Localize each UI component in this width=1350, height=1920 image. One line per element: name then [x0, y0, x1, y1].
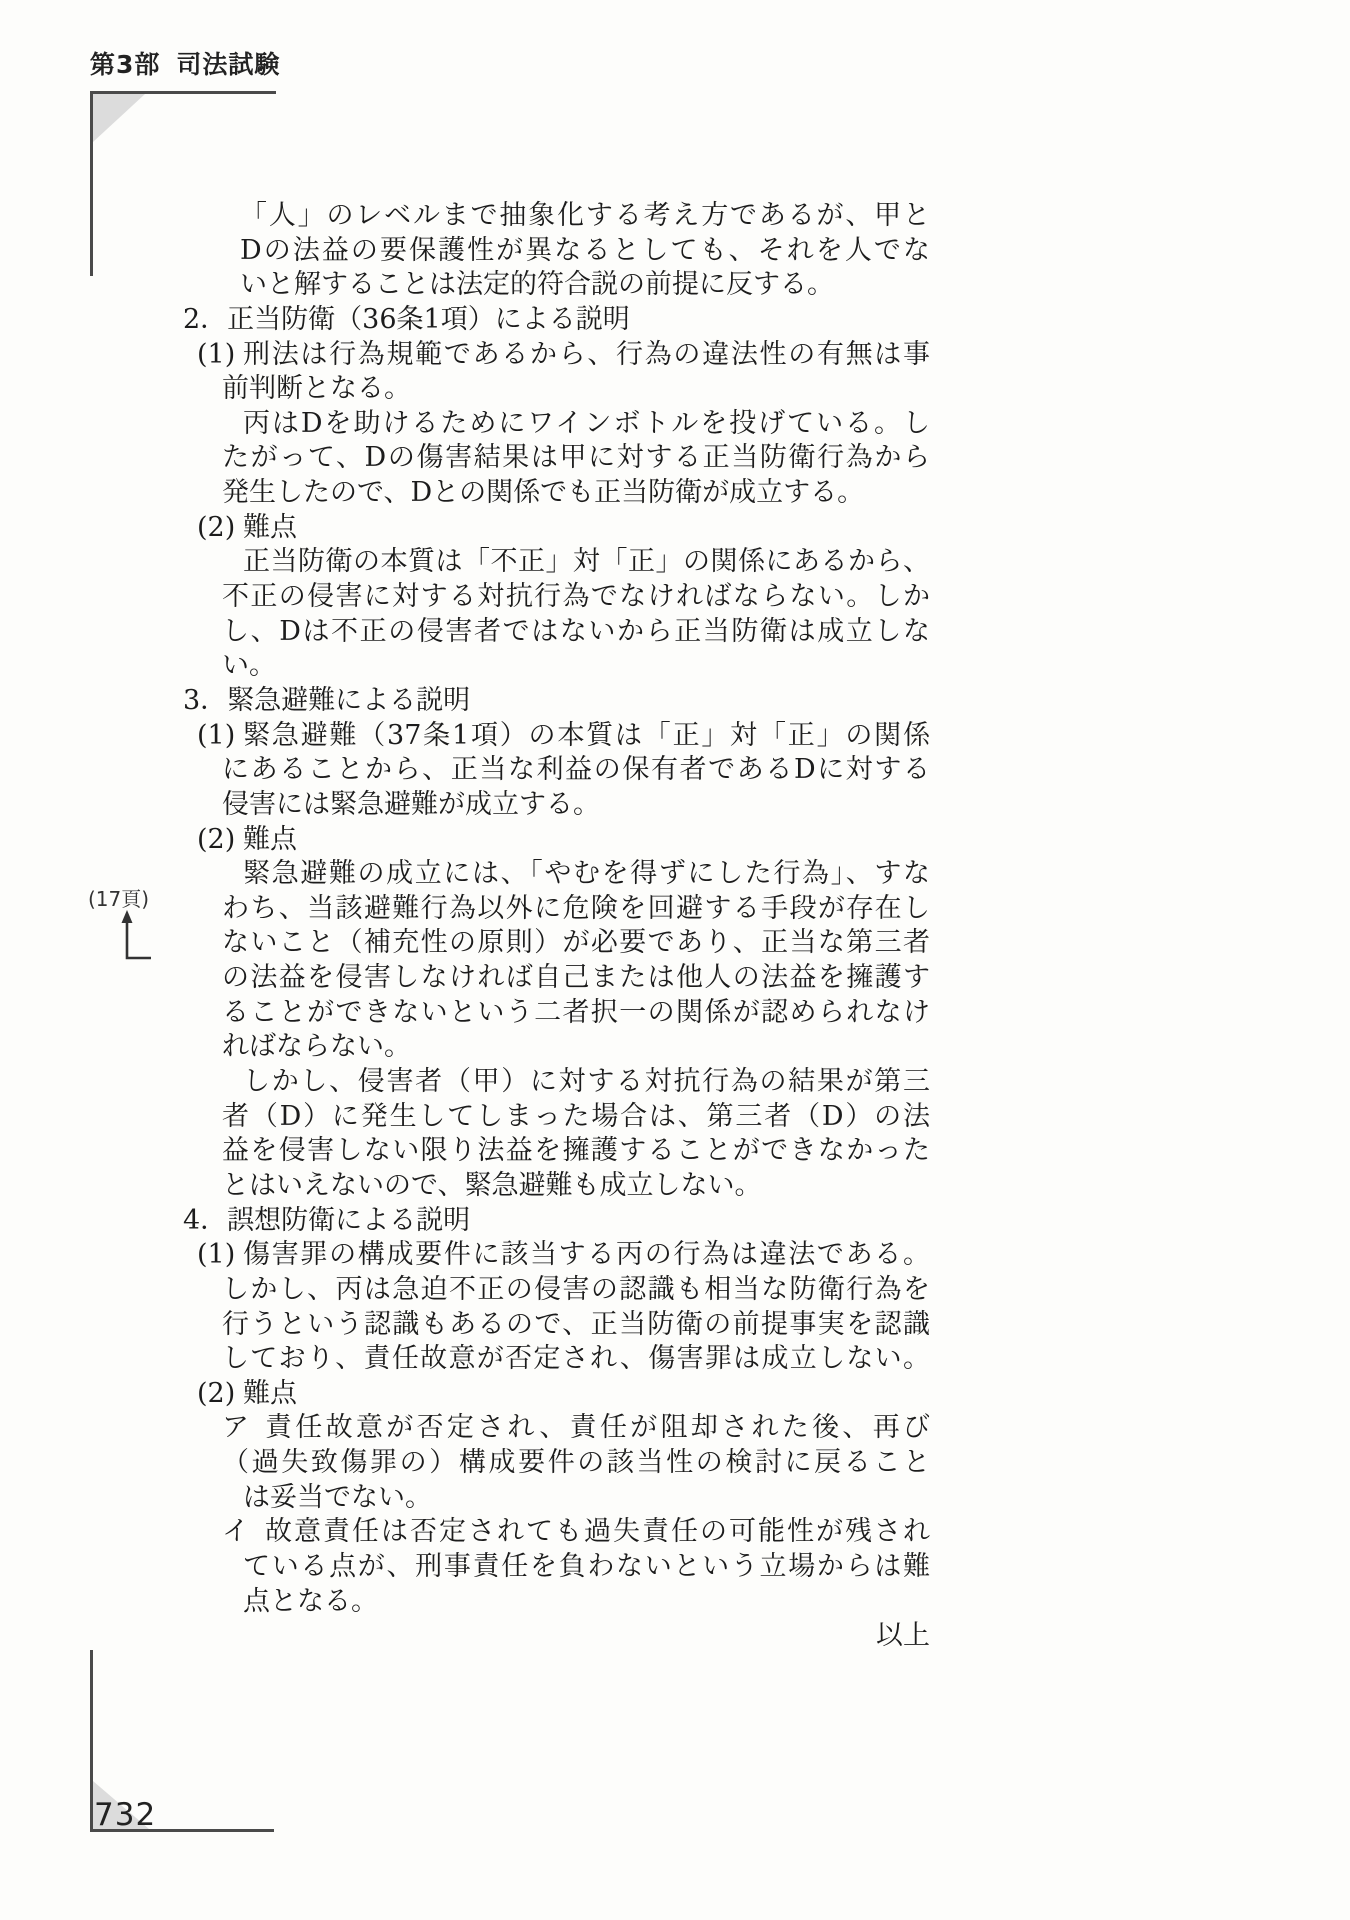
- text-block: 「人」のレベルまで抽象化する考え方であるが、甲とDの法益の要保護性が異なるとして…: [0, 199, 1350, 1654]
- text-line: 「人」のレベルまで抽象化する考え方であるが、甲と: [240, 199, 930, 234]
- text-line: 丙はDを助けるためにワインボトルを投げている。し: [243, 407, 930, 442]
- header-part-label: 第3部: [90, 50, 160, 80]
- text-line: の法益を侵害しなければ自己または他人の法益を擁護す: [222, 961, 930, 996]
- line-text: 故意責任は否定されても過失責任の可能性が残され: [265, 1515, 930, 1550]
- text-line: 益を侵害しない限り法益を擁護することができなかった: [222, 1134, 930, 1169]
- item-label: イ: [222, 1515, 265, 1550]
- page-number: 732: [94, 1797, 156, 1833]
- text-line: し、Dは不正の侵害者ではないから正当防衛は成立しな: [222, 615, 930, 650]
- text-line: たがって、Dの傷害結果は甲に対する正当防衛行為から: [222, 441, 930, 476]
- text-line: い。: [222, 649, 930, 684]
- text-line: (1)傷害罪の構成要件に該当する丙の行為は違法である。: [197, 1238, 930, 1273]
- item-label: ア: [222, 1411, 265, 1446]
- text-line: 前判断となる。: [222, 372, 930, 407]
- page-header: 第3部 司法試験: [90, 50, 280, 80]
- line-text: 難点: [243, 1377, 930, 1412]
- text-line: ればならない。: [222, 1030, 930, 1065]
- text-line: 点となる。: [243, 1585, 930, 1620]
- text-line: （過失致傷罪の）構成要件の該当性の検討に戻ること: [243, 1446, 930, 1481]
- text-line: いと解することは法定的符合説の前提に反する。: [240, 268, 930, 303]
- text-line: 緊急避難の成立には、「やむを得ずにした行為」、すな: [243, 857, 930, 892]
- text-line: (2)難点: [197, 823, 930, 858]
- text-line: 4．誤想防衛による説明: [183, 1204, 930, 1239]
- text-line: 以上: [183, 1619, 930, 1654]
- line-text: 責任故意が否定され、責任が阻却された後、再び: [265, 1411, 930, 1446]
- text-line: (1)緊急避難（37条1項）の本質は「正」対「正」の関係: [197, 719, 930, 754]
- header-rule: [90, 91, 276, 94]
- text-line: にあることから、正当な利益の保有者であるDに対する: [222, 753, 930, 788]
- bottom-left-vertical-rule: [90, 1650, 93, 1832]
- item-label: (1): [197, 1238, 243, 1273]
- line-text: 刑法は行為規範であるから、行為の違法性の有無は事: [243, 338, 930, 373]
- text-line: 不正の侵害に対する対抗行為でなければならない。しか: [222, 580, 930, 615]
- line-text: 難点: [243, 823, 930, 858]
- item-label: (1): [197, 338, 243, 373]
- text-line: は妥当でない。: [243, 1481, 930, 1516]
- text-line: ることができないという二者択一の関係が認められなけ: [222, 996, 930, 1031]
- text-line: しており、責任故意が否定され、傷害罪は成立しない。: [222, 1342, 930, 1377]
- text-line: 発生したので、Dとの関係でも正当防衛が成立する。: [222, 476, 930, 511]
- text-line: 者（D）に発生してしまった場合は、第三者（D）の法: [222, 1100, 930, 1135]
- text-line: しかし、侵害者（甲）に対する対抗行為の結果が第三: [243, 1065, 930, 1100]
- text-line: 正当防衛の本質は「不正」対「正」の関係にあるから、: [243, 545, 930, 580]
- text-line: ないこと（補充性の原則）が必要であり、正当な第三者: [222, 926, 930, 961]
- text-line: 2．正当防衛（36条1項）による説明: [183, 303, 930, 338]
- text-line: Dの法益の要保護性が異なるとしても、それを人でな: [240, 234, 930, 269]
- text-line: わち、当該避難行為以外に危険を回避する手段が存在し: [222, 892, 930, 927]
- text-line: ア責任故意が否定され、責任が阻却された後、再び: [222, 1411, 930, 1446]
- text-line: 行うという認識もあるので、正当防衛の前提事実を認識: [222, 1308, 930, 1343]
- text-line: 3．緊急避難による説明: [183, 684, 930, 719]
- top-corner-triangle: [93, 94, 145, 142]
- text-line: (2)難点: [197, 511, 930, 546]
- item-label: (2): [197, 823, 243, 858]
- text-line: 侵害には緊急避難が成立する。: [222, 788, 930, 823]
- item-label: (2): [197, 1377, 243, 1412]
- item-label: (2): [197, 511, 243, 546]
- text-line: とはいえないので、緊急避難も成立しない。: [222, 1169, 930, 1204]
- line-text: 難点: [243, 511, 930, 546]
- text-line: しかし、丙は急迫不正の侵害の認識も相当な防衛行為を: [222, 1273, 930, 1308]
- text-line: (2)難点: [197, 1377, 930, 1412]
- line-text: 緊急避難（37条1項）の本質は「正」対「正」の関係: [243, 719, 930, 754]
- header-title: 司法試験: [176, 50, 280, 80]
- line-text: 傷害罪の構成要件に該当する丙の行為は違法である。: [243, 1238, 930, 1273]
- item-label: (1): [197, 719, 243, 754]
- text-line: イ故意責任は否定されても過失責任の可能性が残され: [222, 1515, 930, 1550]
- page: { "header": { "part": "第3部", "title": "司…: [0, 0, 1350, 1920]
- text-line: ている点が、刑事責任を負わないという立場からは難: [243, 1550, 930, 1585]
- text-line: (1)刑法は行為規範であるから、行為の違法性の有無は事: [197, 338, 930, 373]
